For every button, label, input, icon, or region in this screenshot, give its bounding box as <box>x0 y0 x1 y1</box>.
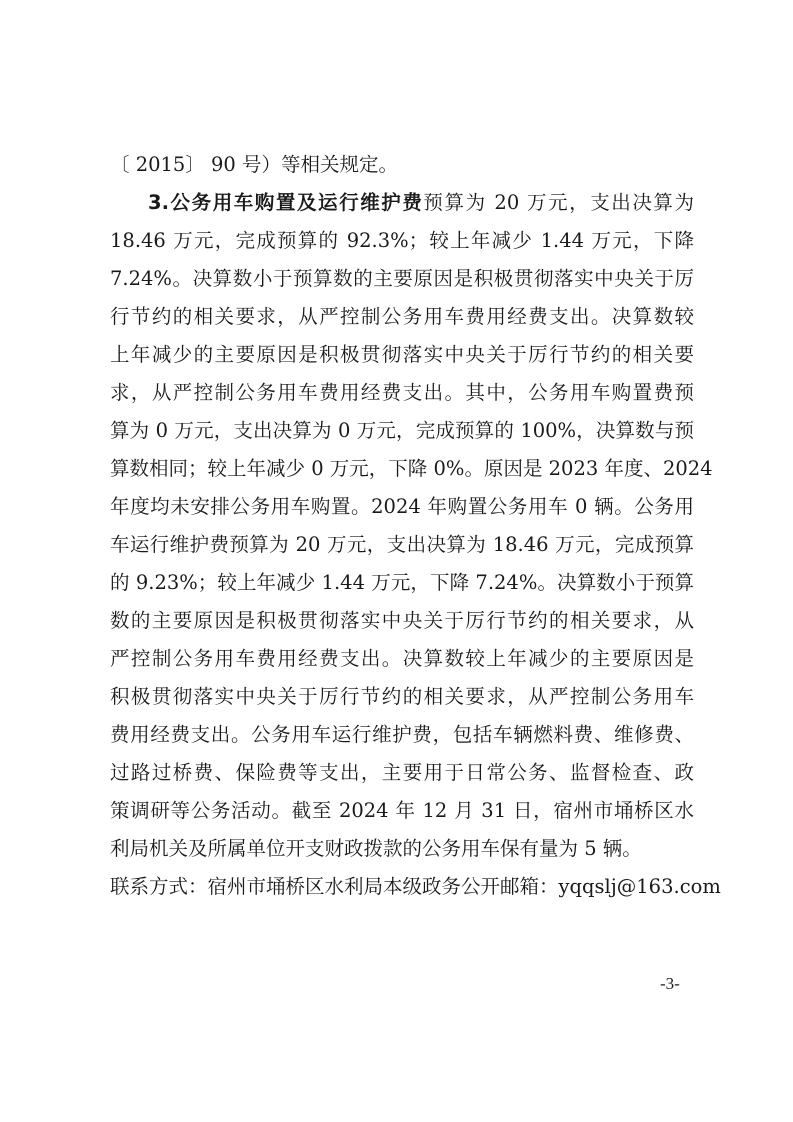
text-line-8: 算为 0 万元，支出决算为 0 万元，完成预算的 100%，决算数与预 <box>110 412 694 450</box>
text-line-6: 上年减少的主要原因是积极贯彻落实中央关于厉行节约的相关要 <box>110 336 694 374</box>
text-line-4: 7.24%。决算数小于预算数的主要原因是积极贯彻落实中央关于厉 <box>110 260 694 298</box>
text-line-5: 行节约的相关要求，从严控制公务用车费用经费支出。决算数较 <box>110 298 694 336</box>
text-line-17: 过路过桥费、保险费等支出，主要用于日常公务、监督检查、政 <box>110 754 694 792</box>
text-line-7: 求，从严控制公务用车费用经费支出。其中，公务用车购置费预 <box>110 374 694 412</box>
page-number: -3- <box>660 972 680 996</box>
text-line-15: 积极贯彻落实中央关于厉行节约的相关要求，从严控制公务用车 <box>110 678 694 716</box>
document-page: 〔 2015〕 90 号）等相关规定。 3.公务用车购置及运行维护费预算为 20… <box>0 0 793 1122</box>
section-3-heading: 3.公务用车购置及运行维护费 <box>148 191 423 214</box>
text-line-10: 年度均未安排公务用车购置。2024 年购置公务用车 0 辆。公务用 <box>110 488 694 526</box>
text-line-14: 严控制公务用车费用经费支出。决算数较上年减少的主要原因是 <box>110 640 694 678</box>
text-line-13: 数的主要原因是积极贯彻落实中央关于厉行节约的相关要求，从 <box>110 602 694 640</box>
text-line-11: 车运行维护费预算为 20 万元，支出决算为 18.46 万元，完成预算 <box>110 526 694 564</box>
text-line-16: 费用经费支出。公务用车运行维护费，包括车辆燃料费、维修费、 <box>110 716 694 754</box>
section-3-lead-text: 预算为 20 万元，支出决算为 <box>423 191 694 214</box>
contact-line: 联系方式：宿州市埇桥区水利局本级政务公开邮箱：yqqslj@163.com <box>110 868 694 906</box>
text-line-12: 的 9.23%；较上年减少 1.44 万元，下降 7.24%。决算数小于预算 <box>110 564 694 602</box>
text-line-19: 利局机关及所属单位开支财政拨款的公务用车保有量为 5 辆。 <box>110 830 694 868</box>
text-line-9: 算数相同；较上年减少 0 万元，下降 0%。原因是 2023 年度、2024 <box>110 450 694 488</box>
text-line-18: 策调研等公务活动。截至 2024 年 12 月 31 日，宿州市埇桥区水 <box>110 792 694 830</box>
text-line-3: 18.46 万元，完成预算的 92.3%；较上年减少 1.44 万元，下降 <box>110 222 694 260</box>
section-3-first-line: 3.公务用车购置及运行维护费预算为 20 万元，支出决算为 <box>148 184 694 222</box>
text-line-1: 〔 2015〕 90 号）等相关规定。 <box>110 146 694 184</box>
